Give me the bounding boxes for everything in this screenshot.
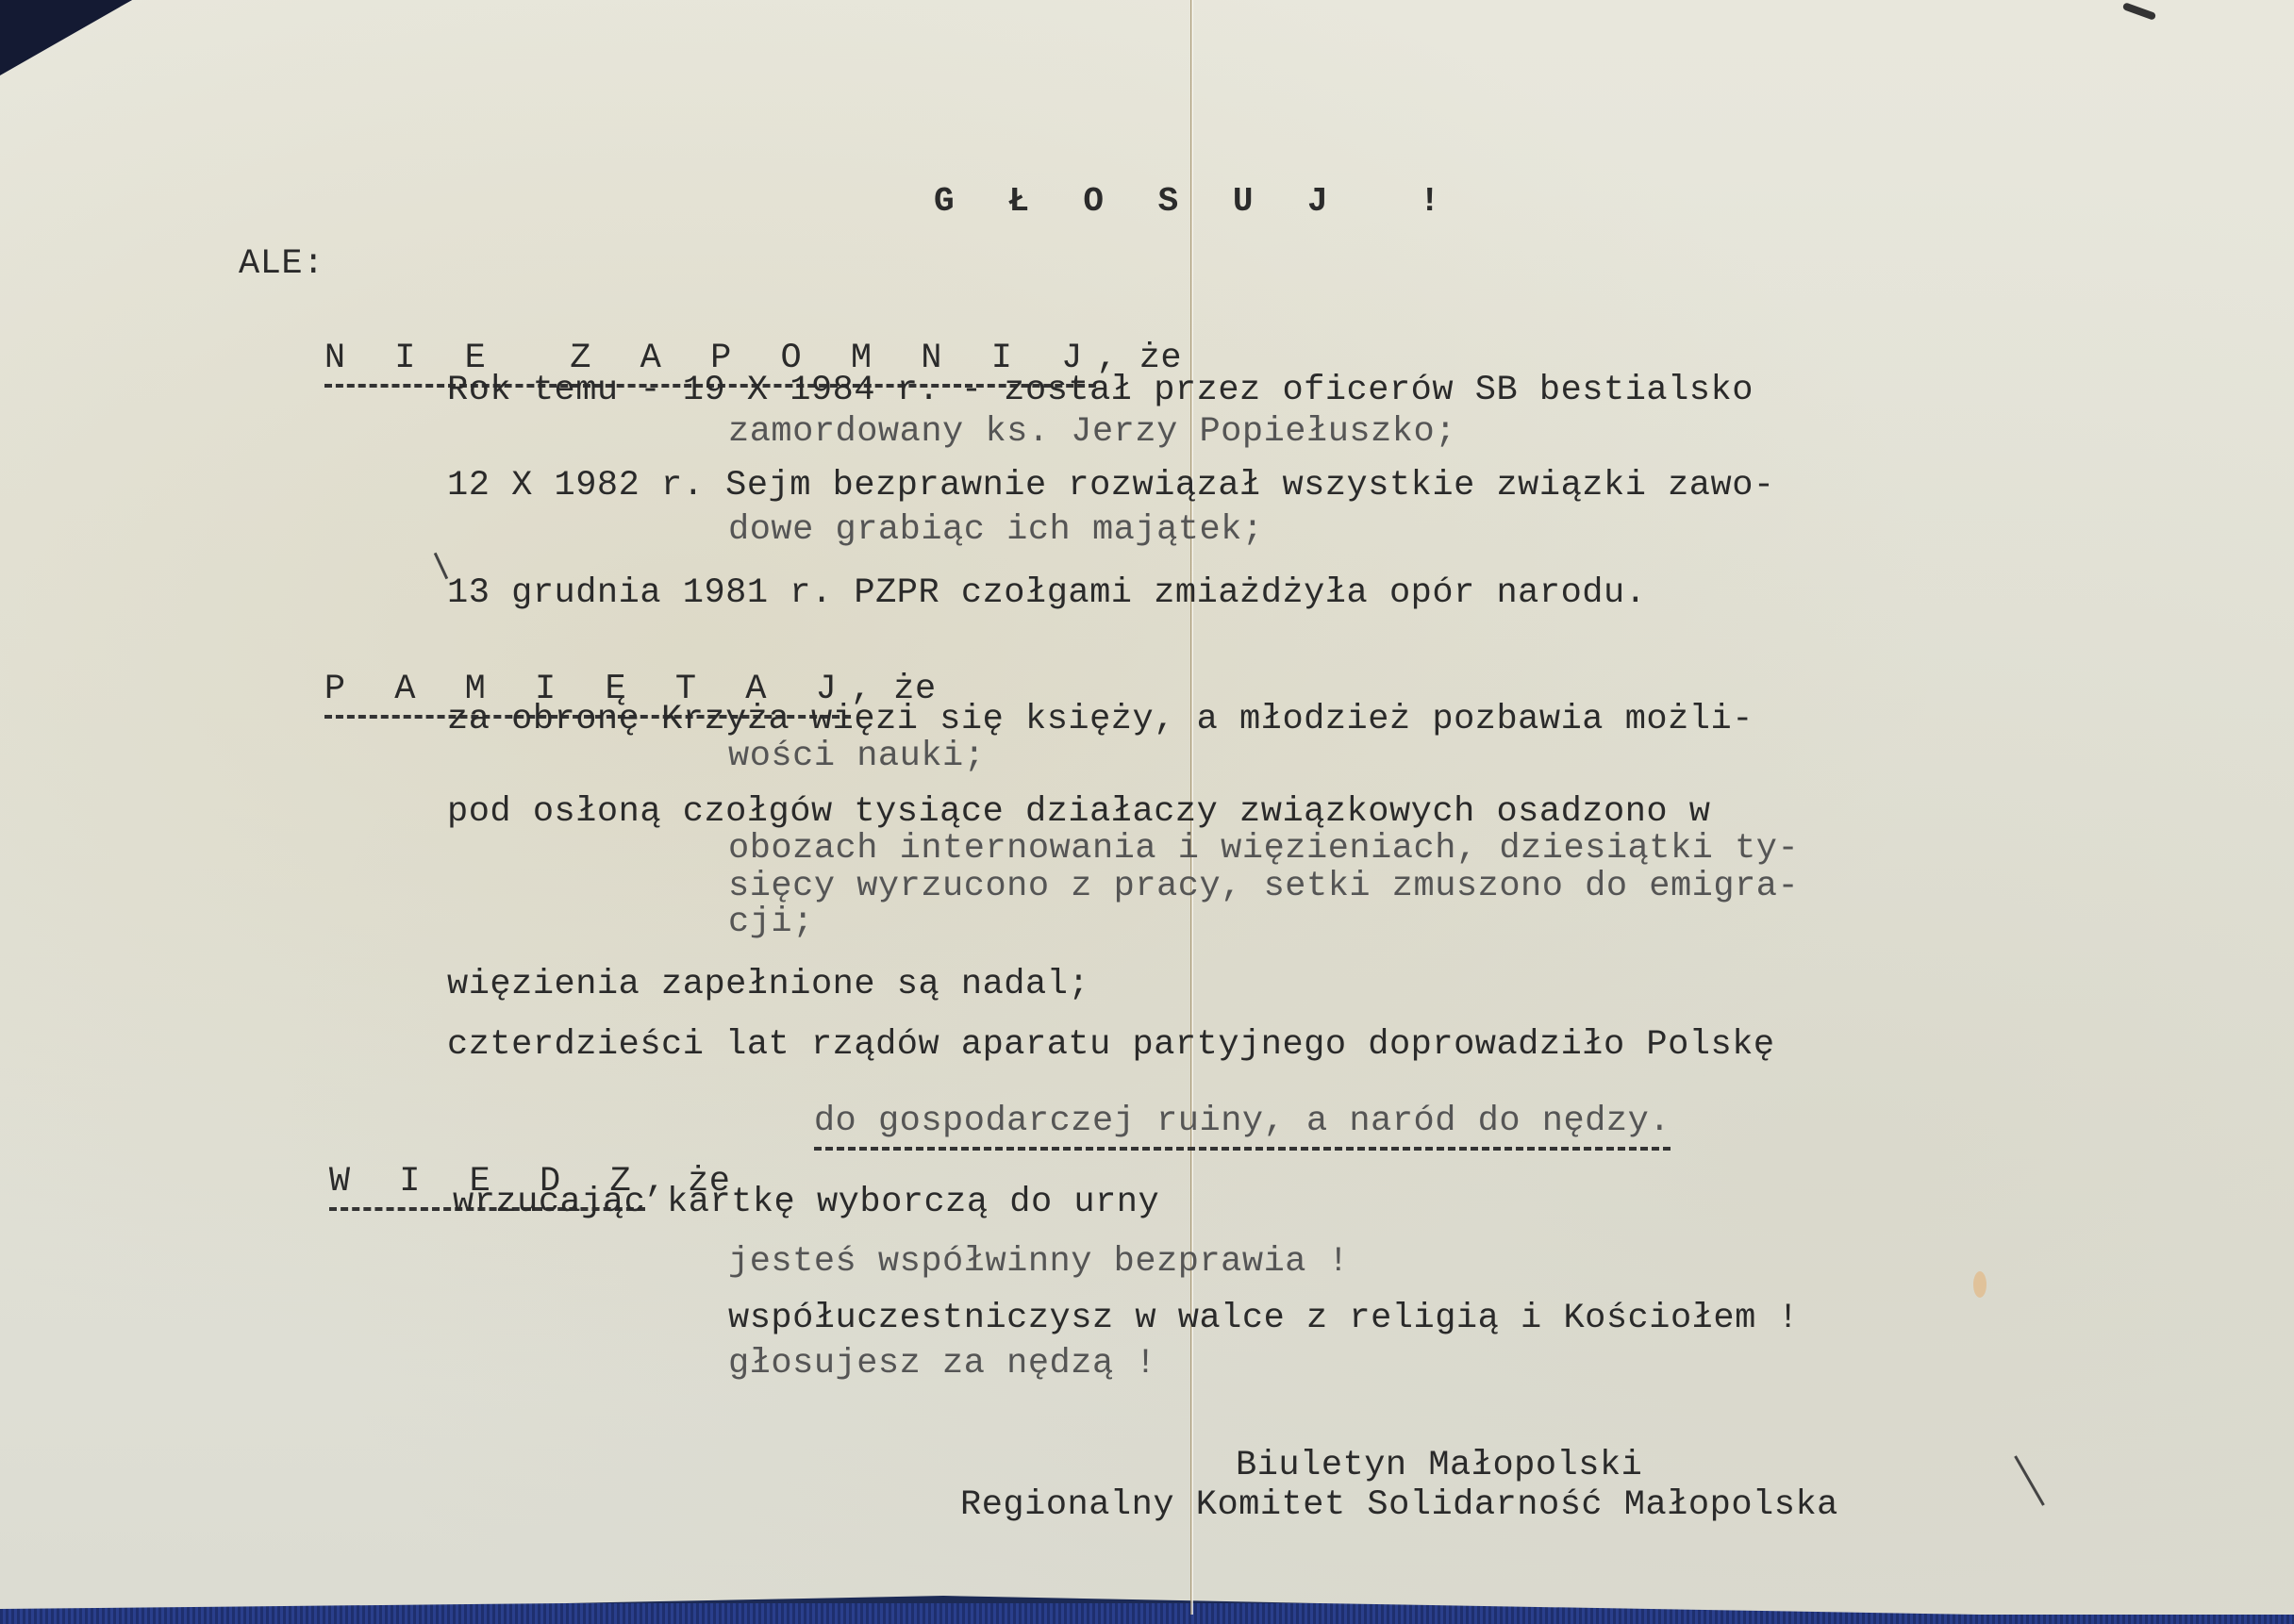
list-item: 12 X 1982 r. Sejm bezprawnie rozwiązał w… (447, 469, 1775, 504)
list-item: czterdzieści lat rządów aparatu partyjne… (447, 1028, 1775, 1063)
list-item-continuation: do gospodarczej ruiny, a naród do nędzy. (728, 1069, 1671, 1174)
list-item-continuation: cji; (728, 905, 814, 940)
conclusion-line: głosujesz za nędzą ! (728, 1347, 1156, 1382)
leaflet-document: G Ł O S U J ! ALE: N I E Z A P O M N I J… (0, 0, 2294, 1615)
list-item-continuation: obozach internowania i więzieniach, dzie… (728, 832, 1799, 867)
list-item-continuation: wości nauki; (728, 739, 985, 774)
signature-committee: Regionalny Komitet Solidarność Małopolsk… (960, 1488, 1838, 1523)
signature-publication: Biuletyn Małopolski (1236, 1449, 1642, 1483)
conclusion-line: współuczestniczysz w walce z religią i K… (728, 1301, 1799, 1336)
list-item: 13 grudnia 1981 r. PZPR czołgami zmiażdż… (447, 576, 1646, 611)
intro-label: ALE: (239, 247, 324, 282)
list-item-continuation: sięcy wyrzucono z pracy, setki zmuszono … (728, 870, 1799, 904)
list-item: więzienia zapełnione są nadal; (447, 968, 1089, 1003)
underlined-text: do gospodarczej ruiny, a naród do nędzy. (814, 1102, 1671, 1151)
list-item: za obronę Krzyża więzi się księży, a mło… (447, 703, 1754, 737)
list-item-continuation: dowe grabiąc ich majątek; (728, 513, 1264, 548)
list-item-continuation: zamordowany ks. Jerzy Popiełuszko; (728, 415, 1456, 450)
list-item: pod osłoną czołgów tysiące działaczy zwi… (447, 795, 1711, 830)
list-item: Rok temu - 19 X 1984 r. - został przez o… (447, 373, 1754, 408)
page-title: G Ł O S U J ! (934, 185, 1456, 219)
conclusion-line: jesteś współwinny bezprawia ! (728, 1245, 1349, 1280)
list-item: wrzucając kartkę wyborczą do urny (453, 1185, 1159, 1220)
